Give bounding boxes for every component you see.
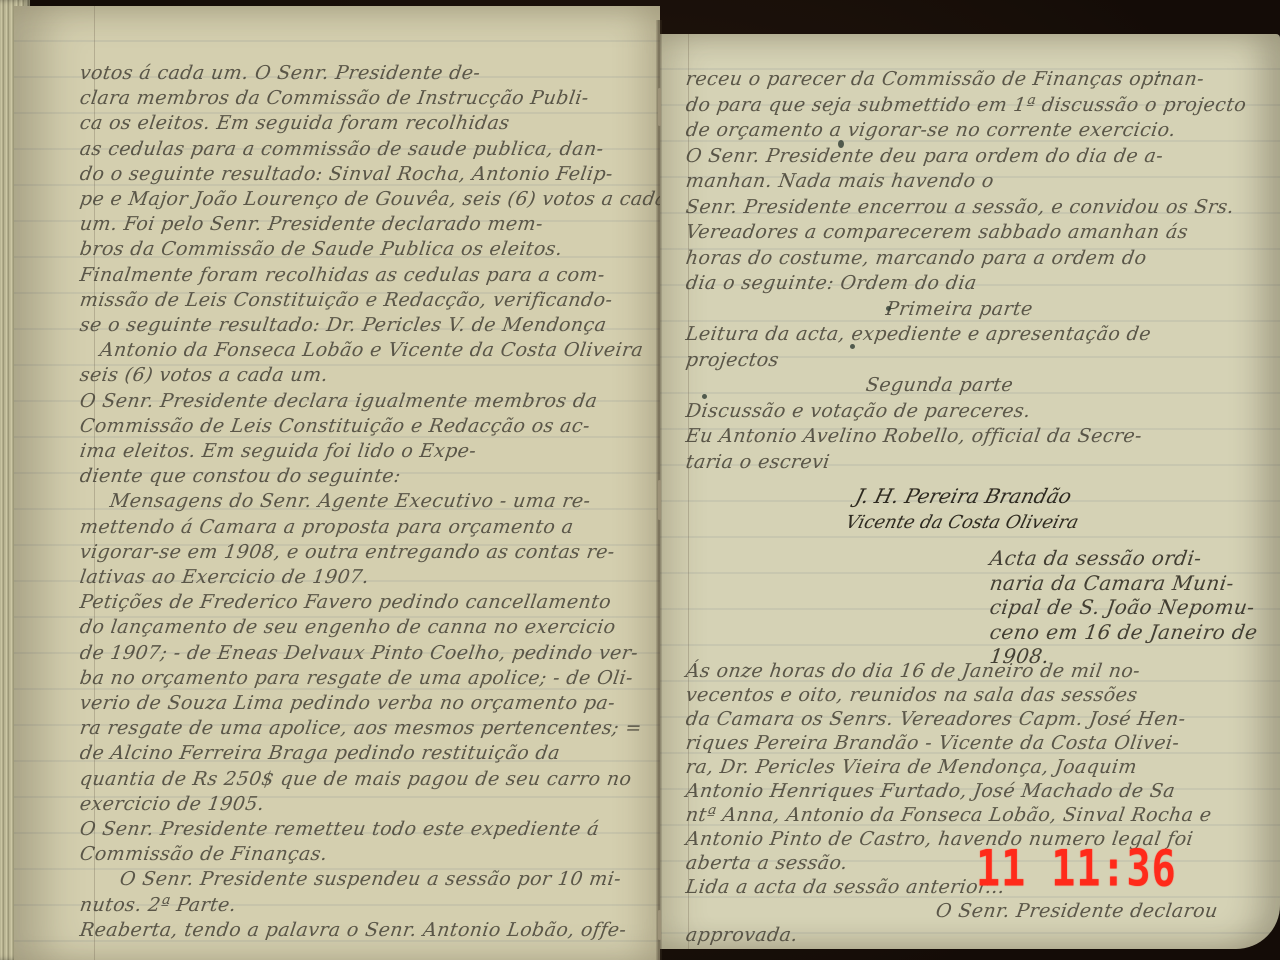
handwritten-line: quantia de Rs 250$ que de mais pagou de … xyxy=(78,768,633,790)
handwritten-line: de 1907; - de Eneas Delvaux Pinto Coelho… xyxy=(78,642,639,664)
handwritten-line: Commissão de Leis Constituição e Redacçã… xyxy=(78,415,591,437)
handwritten-line: Segunda parte xyxy=(864,374,1014,396)
handwritten-line: bros da Commissão de Saude Publica os el… xyxy=(78,238,563,260)
spine-stitch xyxy=(658,910,661,940)
spine-stitch xyxy=(658,88,661,126)
minutes-body-line: Lida a acta da sessão anterior... xyxy=(684,876,1006,898)
handwritten-line: missão de Leis Constituição e Redacção, … xyxy=(78,289,613,311)
handwritten-line: votos á cada um. O Senr. Presidente de- xyxy=(78,62,481,84)
handwritten-line: de Alcino Ferreira Braga pedindo restitu… xyxy=(78,742,561,764)
signature-2: Vicente da Costa Oliveira xyxy=(843,512,1080,533)
minutes-body-line: Ás onze horas do dia 16 de Janeiro de mi… xyxy=(684,660,1141,682)
handwritten-line: Eu Antonio Avelino Robello, official da … xyxy=(684,425,1143,447)
handwritten-line: horas do costume, marcando para a ordem … xyxy=(684,247,1148,269)
minutes-body-line: da Camara os Senrs. Vereadores Capm. Jos… xyxy=(684,708,1187,730)
handwritten-line: dia o seguinte: Ordem do dia xyxy=(684,272,978,294)
handwritten-line: ima eleitos. Em seguida foi lido o Expe- xyxy=(78,440,477,462)
minutes-heading-line: naria da Camara Muni- xyxy=(988,571,1235,595)
handwritten-line: Commissão de Finanças. xyxy=(78,843,329,865)
handwritten-line: Primeira parte xyxy=(884,298,1034,320)
minutes-body-line: Antonio Henriques Furtado, José Machado … xyxy=(684,780,1176,802)
handwritten-line: do o seguinte resultado: Sinval Rocha, A… xyxy=(78,163,614,185)
minutes-body-line: approvada. xyxy=(684,924,799,946)
handwritten-line: um. Foi pelo Senr. Presidente declarado … xyxy=(78,213,544,235)
handwritten-line: de orçamento a vigorar-se no corrente ex… xyxy=(684,119,1177,141)
handwritten-line: do lançamento de seu engenho de canna no… xyxy=(78,616,617,638)
handwritten-line: as cedulas para a commissão de saude pub… xyxy=(78,138,605,160)
handwritten-line: taria o escrevi xyxy=(684,451,831,473)
handwritten-line: manhan. Nada mais havendo o xyxy=(684,170,995,192)
ink-speck xyxy=(702,394,707,399)
handwritten-line: nutos. 2ª Parte. xyxy=(78,894,237,916)
handwritten-line: exercicio de 1905. xyxy=(78,793,265,815)
handwritten-line: Petições de Frederico Favero pedindo can… xyxy=(78,591,612,613)
handwritten-line: verio de Souza Lima pedindo verba no orç… xyxy=(78,692,616,714)
handwritten-line: lativas ao Exercicio de 1907. xyxy=(78,566,370,588)
signature-1: J. H. Pereira Brandão xyxy=(853,484,1074,508)
minutes-body-line: ntª Anna, Antonio da Fonseca Lobão, Sinv… xyxy=(684,804,1213,826)
handwritten-line: Leitura da acta, expediente e apresentaç… xyxy=(684,323,1152,345)
handwritten-line: mettendo á Camara a proposta para orçame… xyxy=(78,516,575,538)
handwritten-line: ca os eleitos. Em seguida foram recolhid… xyxy=(78,112,511,134)
minutes-body-line: aberta a sessão. xyxy=(684,852,849,874)
handwritten-line: Reaberta, tendo a palavra o Senr. Antoni… xyxy=(78,919,627,941)
handwritten-line: pe e Major João Lourenço de Gouvêa, seis… xyxy=(78,188,660,210)
camera-date-stamp: 11 11:36 xyxy=(976,840,1177,898)
handwritten-line: se o seguinte resultado: Dr. Pericles V.… xyxy=(78,314,607,336)
handwritten-line: do para que seja submettido em 1ª discus… xyxy=(684,94,1247,116)
minutes-heading-line: Acta da sessão ordi- xyxy=(988,546,1203,570)
handwritten-line: Finalmente foram recolhidas as cedulas p… xyxy=(78,264,606,286)
handwritten-line: ra resgate de uma apolice, aos mesmos pe… xyxy=(78,717,643,739)
minutes-body-line: riques Pereira Brandão - Vicente da Cost… xyxy=(684,732,1180,754)
handwritten-line: Antonio da Fonseca Lobão e Vicente da Co… xyxy=(98,339,644,361)
ink-speck xyxy=(850,344,855,349)
minutes-heading-line: ceno em 16 de Janeiro de xyxy=(988,620,1259,644)
left-page: votos á cada um. O Senr. Presidente de-c… xyxy=(14,6,660,960)
minutes-body-line: vecentos e oito, reunidos na sala das se… xyxy=(684,684,1139,706)
handwritten-line: Discussão e votação de pareceres. xyxy=(684,400,1032,422)
handwritten-line: Vereadores a comparecerem sabbado amanha… xyxy=(684,221,1189,243)
handwritten-line: vigorar-se em 1908, e outra entregando a… xyxy=(78,541,616,563)
handwritten-line: Senr. Presidente encerrou a sessão, e co… xyxy=(684,196,1235,218)
ink-speck xyxy=(886,306,891,311)
minutes-body-line: ra, Dr. Pericles Vieira de Mendonça, Joa… xyxy=(684,756,1138,778)
ink-speck xyxy=(1158,74,1161,77)
handwritten-line: O Senr. Presidente deu para ordem do dia… xyxy=(684,145,1164,167)
handwritten-line: projectos xyxy=(684,349,780,371)
handwritten-line: O Senr. Presidente remetteu todo este ex… xyxy=(78,818,600,840)
handwritten-line: O Senr. Presidente declara igualmente me… xyxy=(78,390,598,412)
minutes-body-line: O Senr. Presidente declarou xyxy=(934,900,1219,922)
handwritten-line: diente que constou do seguinte: xyxy=(78,465,402,487)
handwritten-line: Mensagens do Senr. Agente Executivo - um… xyxy=(108,490,591,512)
open-ledger: votos á cada um. O Senr. Presidente de-c… xyxy=(0,0,1280,960)
handwritten-line: clara membros da Commissão de Instrucção… xyxy=(78,87,590,109)
minutes-heading-line: cipal de S. João Nepomu- xyxy=(988,595,1256,619)
ink-speck xyxy=(838,140,844,148)
handwritten-line: O Senr. Presidente suspendeu a sessão po… xyxy=(118,868,622,890)
handwritten-line: seis (6) votos a cada um. xyxy=(78,364,329,386)
spine-stitch xyxy=(658,480,661,520)
handwritten-line: ba no orçamento para resgate de uma apol… xyxy=(78,667,634,689)
right-page: receu o parecer da Commissão de Finanças… xyxy=(660,34,1280,949)
handwritten-line: receu o parecer da Commissão de Finanças… xyxy=(684,68,1205,90)
